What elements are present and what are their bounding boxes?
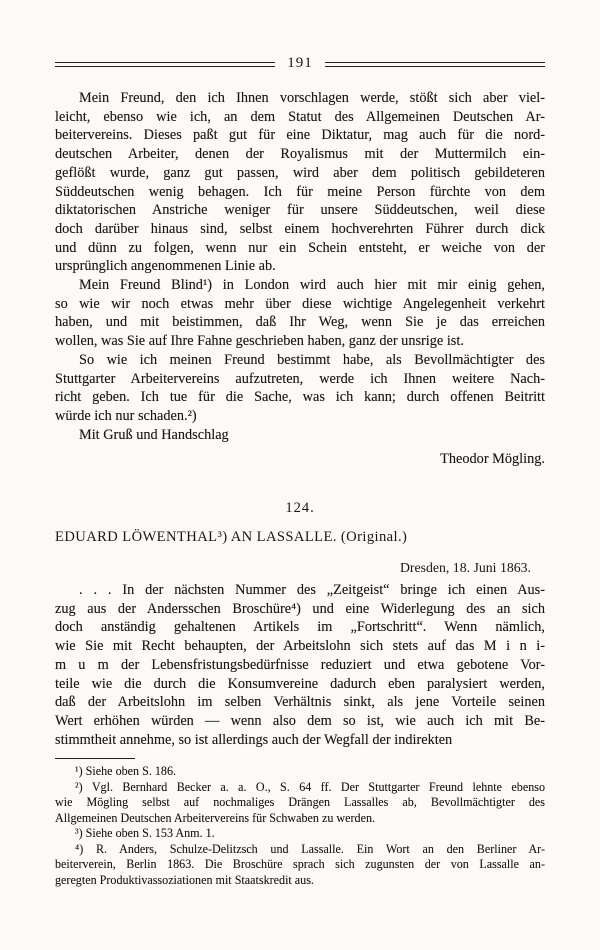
text-line: ³) Siehe oben S. 153 Anm. 1. — [55, 826, 545, 842]
footnote-separator — [55, 758, 135, 759]
text-line: richt geben. Ich tue für die Sache, was … — [55, 388, 545, 407]
text-line: daß der Arbeitslohn im selben Verhältnis… — [55, 693, 545, 712]
text-line: leicht, ebenso wie ich, an dem Statut de… — [55, 108, 545, 127]
text-line: wie Mögling selbst auf nochmaliges Dräng… — [55, 795, 545, 811]
text-line: deutschen Arbeiter, denen der Royalismus… — [55, 145, 545, 164]
paragraph-1: Mein Freund, den ich Ihnen vorschlagen w… — [55, 89, 545, 276]
text-line: Wert erhöhen würden — wenn also dem so i… — [55, 712, 545, 731]
section-number: 124. — [55, 499, 545, 518]
text-line: beitervereins. Dieses paßt gut für eine … — [55, 126, 545, 145]
footnote-2: ²) Vgl. Bernhard Becker a. a. O., S. 64 … — [55, 780, 545, 827]
text-line: Süddeutschen wenig behagen. Ich für mein… — [55, 183, 545, 202]
text-line: so wie wir noch etwas mehr über diese wi… — [55, 295, 545, 314]
footnote-1: ¹) Siehe oben S. 186. — [55, 764, 545, 780]
text-line: ⁴) R. Anders, Schulze-Delitzsch und Lass… — [55, 842, 545, 858]
text-line: teile wie die durch die Konsumvereine da… — [55, 675, 545, 694]
text-line: Allgemeinen Deutschen Arbeitervereins fü… — [55, 811, 545, 827]
text-line: Stuttgarter Arbeitervereins aufzutreten,… — [55, 370, 545, 389]
paragraph-3: So wie ich meinen Freund bestimmt habe, … — [55, 351, 545, 426]
text-line: geflößt wurde, ganz gut passen, wird abe… — [55, 164, 545, 183]
text-line: doch darüber hinaus sind, selbst einem h… — [55, 220, 545, 239]
text-line: ursprünglich angenommenen Linie ab. — [55, 257, 545, 276]
page-number: 191 — [287, 56, 313, 71]
header-rule-left — [55, 62, 275, 67]
footnote-4: ⁴) R. Anders, Schulze-Delitzsch und Lass… — [55, 842, 545, 889]
footnote-3: ³) Siehe oben S. 153 Anm. 1. — [55, 826, 545, 842]
letter-signature: Theodor Mögling. — [55, 450, 545, 469]
text-line: wie Sie mit Recht behaupten, der Arbeits… — [55, 637, 545, 656]
paragraph-2: Mein Freund Blind¹) in London wird auch … — [55, 276, 545, 351]
letter-mogling: Mein Freund, den ich Ihnen vorschlagen w… — [55, 89, 545, 469]
text-line: haben, und mit beistimmen, daß Ihr Weg, … — [55, 313, 545, 332]
text-line: stimmtheit annehme, so ist allerdings au… — [55, 731, 545, 750]
text-line: wollen, was Sie auf Ihre Fahne geschrieb… — [55, 332, 545, 351]
text-line: geregten Produktivassoziationen mit Staa… — [55, 873, 545, 889]
letter-closing: Mit Gruß und Handschlag — [55, 426, 545, 445]
paragraph-4: . . . In der nächsten Nummer des „Zeitge… — [55, 581, 545, 749]
text-line: beiterverein, Berlin 1863. Die Broschüre… — [55, 857, 545, 873]
footnote-block: ¹) Siehe oben S. 186. ²) Vgl. Bernhard B… — [55, 758, 545, 888]
text-line: ¹) Siehe oben S. 186. — [55, 764, 545, 780]
text-line: doch anständig gehaltenen Artikels im „F… — [55, 618, 545, 637]
text-line: würde ich nur schaden.²) — [55, 407, 545, 426]
text-line: zug aus der Andersschen Broschüre⁴) und … — [55, 600, 545, 619]
text-line: So wie ich meinen Freund bestimmt habe, … — [55, 351, 545, 370]
dateline: Dresden, 18. Juni 1863. — [55, 558, 545, 577]
footnotes: ¹) Siehe oben S. 186. ²) Vgl. Bernhard B… — [55, 764, 545, 888]
text-line: und dünn zu folgen, wenn nur ein Schein … — [55, 239, 545, 258]
running-head: 191 — [55, 0, 545, 72]
letter-heading: EDUARD LÖWENTHAL³) AN LASSALLE. (Origina… — [55, 528, 545, 547]
letter-lowenthal: 124. EDUARD LÖWENTHAL³) AN LASSALLE. (Or… — [55, 499, 545, 749]
book-page: 191 Mein Freund, den ich Ihnen vorschlag… — [0, 0, 600, 950]
text-line: ²) Vgl. Bernhard Becker a. a. O., S. 64 … — [55, 780, 545, 796]
text-line: m u m der Lebensfristungsbedürfnisse red… — [55, 656, 545, 675]
text-line: . . . In der nächsten Nummer des „Zeitge… — [55, 581, 545, 600]
text-line: diktatorischen Anstriche weniger für uns… — [55, 201, 545, 220]
text-line: Mein Freund, den ich Ihnen vorschlagen w… — [55, 89, 545, 108]
text-line: Mein Freund Blind¹) in London wird auch … — [55, 276, 545, 295]
header-rule-right — [325, 62, 545, 67]
